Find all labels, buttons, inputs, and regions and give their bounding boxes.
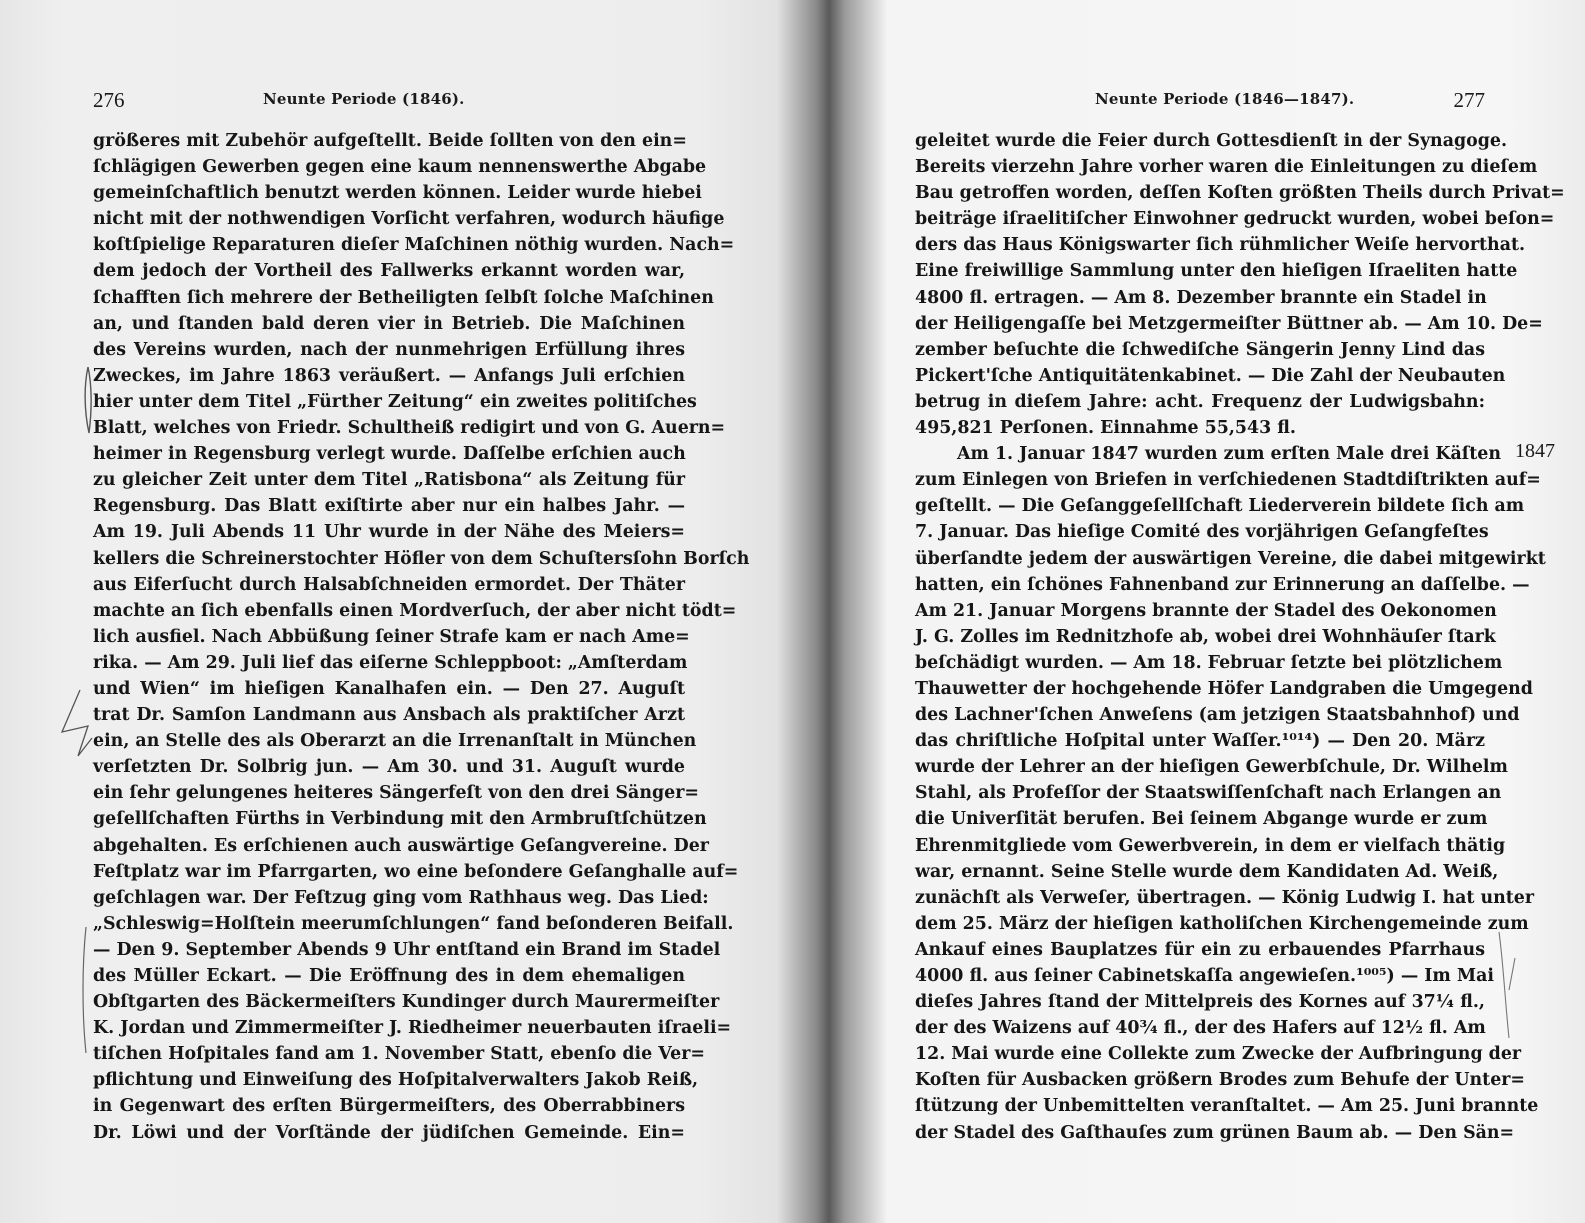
text-line: Zweckes, im Jahre 1863 veräußert. — Anfa… — [93, 363, 685, 389]
text-line: hatten, ein ſchönes Fahnenband zur Erinn… — [915, 572, 1485, 598]
text-line: aus Eiferſucht durch Halsabſchneiden erm… — [93, 572, 685, 598]
text-line: zu gleicher Zeit unter dem Titel „Ratisb… — [93, 467, 685, 493]
right-page-header: Neunte Periode (1846—1847). 277 — [915, 88, 1485, 116]
text-line: 4800 fl. ertragen. — Am 8. Dezember bran… — [915, 285, 1485, 311]
text-line: der Stadel des Gaſthauſes zum grünen Bau… — [915, 1120, 1485, 1146]
text-line: dem 25. März der hieſigen katholiſchen K… — [915, 911, 1485, 937]
text-line: und Wien“ im hieſigen Kanalhafen ein. — … — [93, 676, 685, 702]
text-line: Am 1. Januar 1847 wurden zum erſten Male… — [915, 441, 1485, 467]
text-line: tiſchen Hoſpitales fand am 1. November S… — [93, 1041, 685, 1067]
text-line: verſetzten Dr. Solbrig jun. — Am 30. und… — [93, 754, 685, 780]
text-line: Am 21. Januar Morgens brannte der Stadel… — [915, 598, 1485, 624]
text-line: überſandte jedem der auswärtigen Vereine… — [915, 546, 1485, 572]
text-line: größeres mit Zubehör aufgeſtellt. Beide … — [93, 128, 685, 154]
text-line: K. Jordan und Zimmermeiſter J. Riedheime… — [93, 1015, 685, 1041]
text-line: 7. Januar. Das hieſige Comité des vorjäh… — [915, 519, 1485, 545]
running-head: Neunte Periode (1846). — [263, 90, 465, 108]
text-line: heimer in Regensburg verlegt wurde. Daſſ… — [93, 441, 685, 467]
text-line: lich ausfiel. Nach Abbüßung ſeiner Straf… — [93, 624, 685, 650]
text-line: rika. — Am 29. Juli lief das eiſerne Sch… — [93, 650, 685, 676]
text-line: Bereits vierzehn Jahre vorher waren die … — [915, 154, 1485, 180]
text-line: war, ernannt. Seine Stelle wurde dem Kan… — [915, 859, 1485, 885]
text-line: geleitet wurde die Feier durch Gottesdie… — [915, 128, 1485, 154]
text-line: zember beſuchte die ſchwediſche Sängerin… — [915, 337, 1485, 363]
pencil-line-icon — [80, 925, 92, 1055]
text-line: betrug in dieſem Jahre: acht. Frequenz d… — [915, 389, 1485, 415]
book-spread: 276 Neunte Periode (1846). größeres mit … — [0, 0, 1585, 1223]
text-line: — Den 9. September Abends 9 Uhr entſtand… — [93, 937, 685, 963]
text-line: die Univerſität berufen. Bei ſeinem Abga… — [915, 806, 1485, 832]
text-line: das chriſtliche Hoſpital unter Waſſer.¹⁰… — [915, 728, 1485, 754]
running-head: Neunte Periode (1846—1847). — [1095, 90, 1354, 108]
text-line: geſtellt. — Die Geſanggeſellſchaft Liede… — [915, 493, 1485, 519]
pencil-bracket-icon — [1495, 930, 1519, 1040]
text-line: pflichtung und Einweiſung des Hoſpitalve… — [93, 1067, 685, 1093]
text-line: ders das Haus Königswarter ſich rühmlich… — [915, 232, 1485, 258]
text-line: der Heiligengaſſe bei Metzgermeiſter Büt… — [915, 311, 1485, 337]
text-line: Thauwetter der hochgehende Höfer Landgra… — [915, 676, 1485, 702]
text-line: 495,821 Perſonen. Einnahme 55,543 fl. — [915, 415, 1485, 441]
text-line: abgehalten. Es erſchienen auch auswärtig… — [93, 833, 685, 859]
text-line: kellers die Schreinerstochter Höfler von… — [93, 546, 685, 572]
text-line: gemeinſchaftlich benutzt werden können. … — [93, 180, 685, 206]
text-line: ein, an Stelle des als Oberarzt an die I… — [93, 728, 685, 754]
text-line: „Schleswig=Holſtein meerumſchlungen“ fan… — [93, 911, 685, 937]
text-line: Regensburg. Das Blatt exiſtirte aber nur… — [93, 493, 685, 519]
text-line: in Gegenwart des erſten Bürgermeiſters, … — [93, 1093, 685, 1119]
pencil-mark-icon — [78, 365, 98, 435]
text-line: Am 19. Juli Abends 11 Uhr wurde in der N… — [93, 519, 685, 545]
text-line: Feſtplatz war im Pfarrgarten, wo eine be… — [93, 859, 685, 885]
right-page: Neunte Periode (1846—1847). 277 geleitet… — [830, 0, 1585, 1223]
text-line: ſchafften ſich mehrere der Betheiligten … — [93, 285, 685, 311]
left-page-header: 276 Neunte Periode (1846). — [93, 88, 685, 116]
text-line: an, und ſtanden bald deren vier in Betri… — [93, 311, 685, 337]
text-line: der des Waizens auf 40¾ fl., der des Haf… — [915, 1015, 1485, 1041]
text-line: Obſtgarten des Bäckermeiſters Kundinger … — [93, 989, 685, 1015]
text-line: 12. Mai wurde eine Collekte zum Zwecke d… — [915, 1041, 1485, 1067]
text-line: Eine freiwillige Sammlung unter den hieſ… — [915, 258, 1485, 284]
text-line: geſchlagen war. Der Feſtzug ging vom Rat… — [93, 885, 685, 911]
left-page-text: größeres mit Zubehör aufgeſtellt. Beide … — [93, 128, 685, 1146]
text-line: dem jedoch der Vortheil des Fallwerks er… — [93, 258, 685, 284]
text-line: ſchlägigen Gewerben gegen eine kaum nenn… — [93, 154, 685, 180]
page-number: 276 — [93, 88, 125, 113]
text-line: machte an ſich ebenfalls einen Mordverſu… — [93, 598, 685, 624]
text-line: nicht mit der nothwendigen Vorſicht verf… — [93, 206, 685, 232]
text-line: Blatt, welches von Friedr. Schultheiß re… — [93, 415, 685, 441]
text-line: wurde der Lehrer an der hieſigen Gewerbſ… — [915, 754, 1485, 780]
text-line: des Müller Eckart. — Die Eröffnung des i… — [93, 963, 685, 989]
text-line: zunächſt als Verweſer, übertragen. — Kön… — [915, 885, 1485, 911]
text-line: beſchädigt wurden. — Am 18. Februar ſetz… — [915, 650, 1485, 676]
text-line: des Vereins wurden, nach der nunmehrigen… — [93, 337, 685, 363]
text-line: geſellſchaften Fürths in Verbindung mit … — [93, 806, 685, 832]
text-line: hier unter dem Titel „Fürther Zeitung“ e… — [93, 389, 685, 415]
page-number: 277 — [1454, 88, 1486, 113]
text-line: Ankauf eines Bauplatzes für ein zu erbau… — [915, 937, 1485, 963]
text-line: ſtützung der Unbemittelten veranſtaltet.… — [915, 1093, 1485, 1119]
text-line: zum Einlegen von Briefen in verſchiedene… — [915, 467, 1485, 493]
text-line: koſtſpielige Reparaturen dieſer Maſchine… — [93, 232, 685, 258]
text-line: 4000 fl. aus ſeiner Cabinetskaſſa angewi… — [915, 963, 1485, 989]
text-line: Pickert'ſche Antiquitätenkabinet. — Die … — [915, 363, 1485, 389]
text-line: Stahl, als Profeſſor der Staatswiſſenſch… — [915, 780, 1485, 806]
text-line: J. G. Zolles im Rednitzhofe ab, wobei dr… — [915, 624, 1485, 650]
text-line: des Lachner'ſchen Anweſens (am jetzigen … — [915, 702, 1485, 728]
text-line: trat Dr. Samſon Landmann aus Ansbach als… — [93, 702, 685, 728]
left-page: 276 Neunte Periode (1846). größeres mit … — [0, 0, 790, 1223]
text-line: ein ſehr gelungenes heiteres Sängerfeſt … — [93, 780, 685, 806]
text-line: Ehrenmitgliede vom Gewerbverein, in dem … — [915, 833, 1485, 859]
text-line: Bau getroffen worden, deſſen Koſten größ… — [915, 180, 1485, 206]
margin-year-note: 1847 — [1515, 440, 1555, 463]
right-page-text: geleitet wurde die Feier durch Gottesdie… — [915, 128, 1485, 1146]
text-line: Koſten für Ausbacken größern Brodes zum … — [915, 1067, 1485, 1093]
text-line: beiträge iſraelitiſcher Einwohner gedruc… — [915, 206, 1485, 232]
text-line: dieſes Jahres ſtand der Mittelpreis des … — [915, 989, 1485, 1015]
text-line: Dr. Löwi und der Vorſtände der jüdiſchen… — [93, 1120, 685, 1146]
pencil-arrow-icon — [58, 688, 98, 758]
